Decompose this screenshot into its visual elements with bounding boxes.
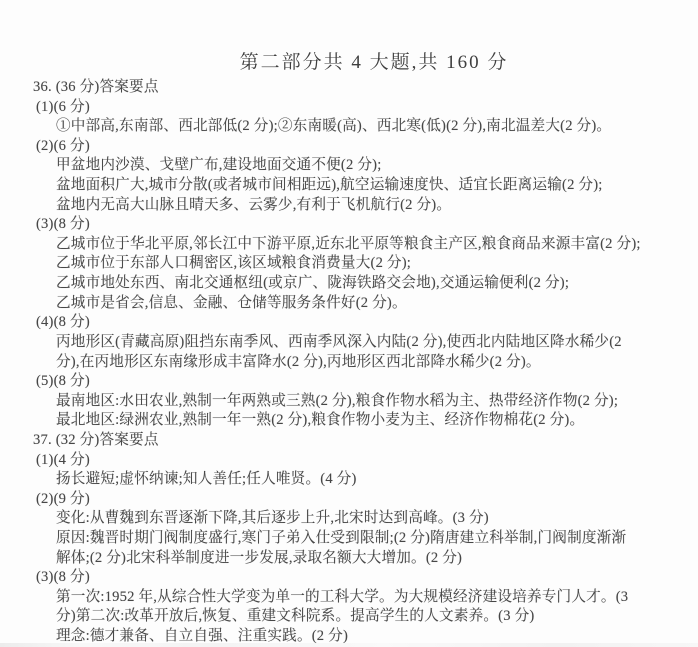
answer-line: 丙地形区(青藏高原)阻挡东南季风、西南季风深入内陆(2 分),使西北内陆地区降水… — [56, 333, 698, 353]
sub-question-header: (3)(8 分) — [36, 568, 698, 588]
sub-question-header: (3)(8 分) — [36, 215, 698, 235]
scan-noise-band — [0, 643, 698, 647]
sub-question-header: (1)(6 分) — [36, 98, 698, 118]
answer-line: 原因:魏晋时期门阀制度盛行,寒门子弟入仕受到限制;(2 分)隋唐建立科举制,门阀… — [56, 529, 698, 549]
answer-key-content: 36. (36 分)答案要点 (1)(6 分) ①中部高,东南部、西北部低(2 … — [0, 78, 698, 647]
answer-line: 乙城市地处东西、南北交通枢纽(或京广、陇海铁路交会地),交通运输便利(2 分); — [56, 274, 698, 294]
answer-line: 乙城市位于东部人口稠密区,该区域粮食消费量大(2 分); — [56, 254, 698, 274]
scanned-answer-key-page: 第二部分共 4 大题,共 160 分 36. (36 分)答案要点 (1)(6 … — [0, 0, 698, 647]
answer-line: 甲盆地内沙漠、戈壁广布,建设地面交通不便(2 分); — [56, 156, 698, 176]
sub-question-header: (2)(9 分) — [36, 490, 698, 510]
sub-question-header: (5)(8 分) — [36, 372, 698, 392]
sub-question-header: (2)(6 分) — [36, 137, 698, 157]
question-header: 36. (36 分)答案要点 — [33, 78, 698, 98]
answer-line: 分)第二次:改革开放后,恢复、重建文科院系。提高学生的人文素养。(3 分) — [56, 607, 698, 627]
answer-line: 最南地区:水田农业,熟制一年两熟或三熟(2 分),粮食作物水稻为主、热带经济作物… — [56, 392, 698, 412]
answer-line: 乙城市位于华北平原,邻长江中下游平原,近东北平原等粮食主产区,粮食商品来源丰富(… — [56, 235, 698, 255]
document-title: 第二部分共 4 大题,共 160 分 — [0, 47, 698, 74]
answer-line: 第一次:1952 年,从综合性大学变为单一的工科大学。为大规模经济建设培养专门人… — [56, 588, 698, 608]
sub-question-header: (4)(8 分) — [36, 313, 698, 333]
answer-line: 盆地内无高大山脉且晴天多、云雾少,有利于飞机航行(2 分)。 — [56, 196, 698, 216]
sub-question-header: (1)(4 分) — [36, 451, 698, 471]
answer-line: 最北地区:绿洲农业,熟制一年一熟(2 分),粮食作物小麦为主、经济作物棉花(2 … — [56, 411, 698, 431]
answer-line: 乙城市是省会,信息、金融、仓储等服务条件好(2 分)。 — [56, 294, 698, 314]
answer-line: 扬长避短;虚怀纳谏;知人善任;任人唯贤。(4 分) — [56, 470, 698, 490]
answer-line: 解体;(2 分)北宋科举制度进一步发展,录取名额大大增加。(2 分) — [56, 549, 698, 569]
answer-line: 盆地面积广大,城市分散(或者城市间相距远),航空运输速度快、适宜长距离运输(2 … — [56, 176, 698, 196]
question-header: 37. (32 分)答案要点 — [33, 431, 698, 451]
answer-line: 分),在丙地形区东南缘形成丰富降水(2 分),丙地形区西北部降水稀少(2 分)。 — [56, 353, 698, 373]
answer-line: ①中部高,东南部、西北部低(2 分);②东南暖(高)、西北寒(低)(2 分),南… — [56, 117, 698, 137]
answer-line: 变化:从曹魏到东晋逐渐下降,其后逐步上升,北宋时达到高峰。(3 分) — [56, 509, 698, 529]
